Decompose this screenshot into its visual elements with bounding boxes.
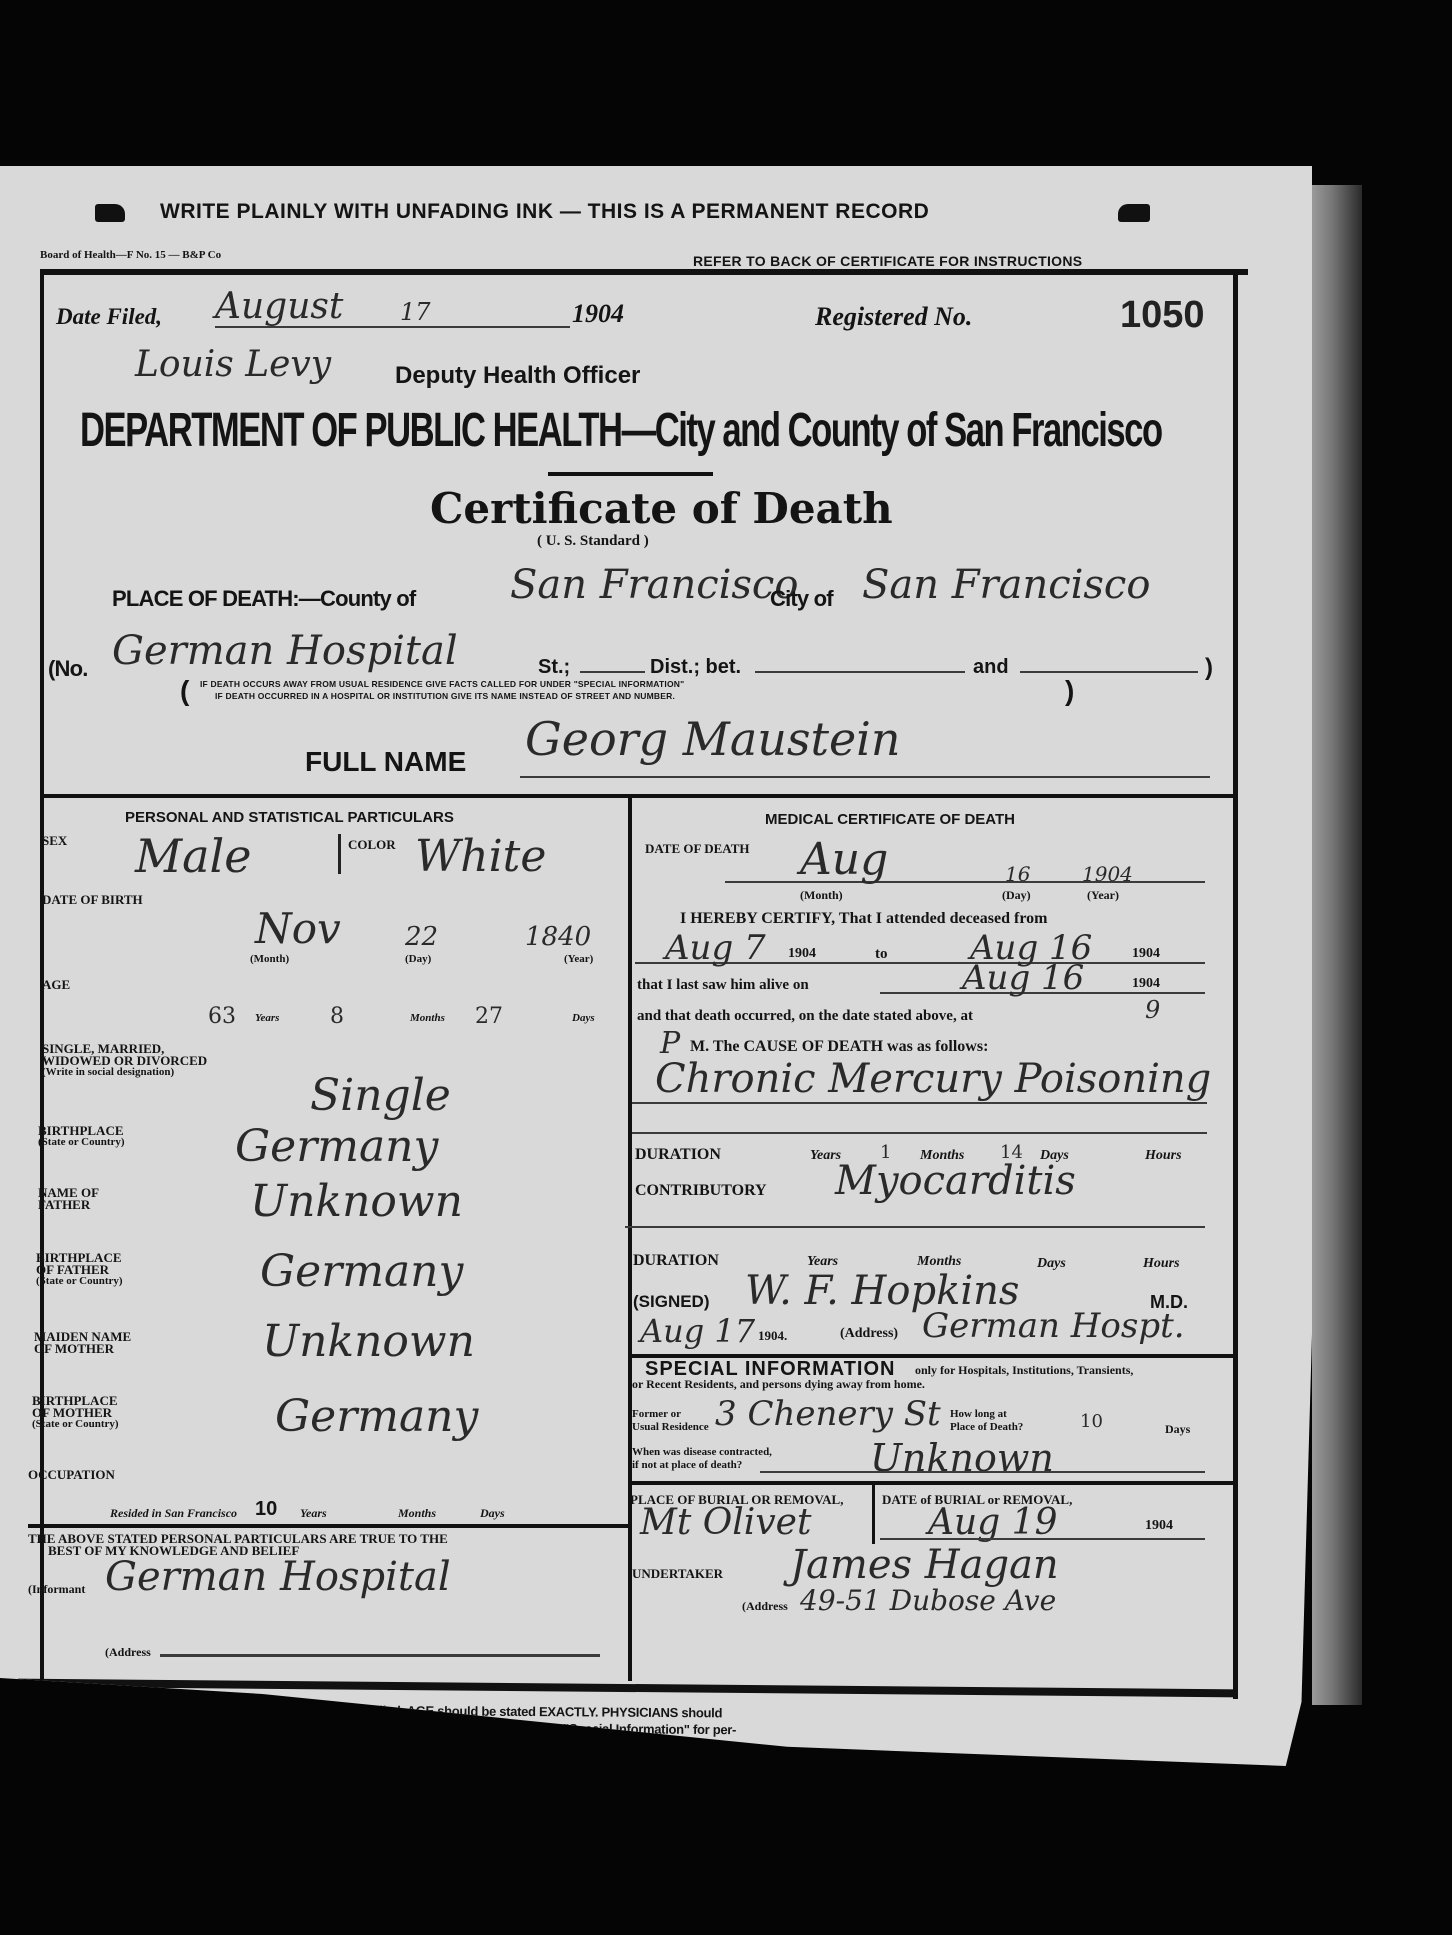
signed-label: (SIGNED): [633, 1292, 710, 1312]
full-name-value: Georg Maustein: [525, 712, 901, 766]
between-line: [755, 671, 965, 673]
burial-year: 1904: [1145, 1518, 1173, 1534]
duration2-days-label: Days: [1037, 1256, 1066, 1272]
father-birthplace-value: Germany: [260, 1246, 463, 1297]
occupation-label: OCCUPATION: [28, 1468, 115, 1481]
book-binding: [1312, 185, 1362, 1705]
street-line: [580, 671, 645, 673]
cause-line-2: [632, 1132, 1207, 1134]
resided-years-caption: Years: [300, 1506, 327, 1521]
mother-maiden-name-label-2: OF MOTHER: [34, 1342, 114, 1355]
duration2-hours-label: Hours: [1143, 1256, 1180, 1272]
duration2-label: DURATION: [633, 1252, 719, 1270]
write-plainly-notice: WRITE PLAINLY WITH UNFADING INK — THIS I…: [160, 200, 929, 224]
contracted-value: Unknown: [870, 1436, 1054, 1480]
to-label: to: [875, 946, 888, 963]
date-filed-day: 17: [400, 298, 431, 326]
form-number: Board of Health—F No. 15 — B&P Co: [40, 249, 221, 261]
father-name-value: Unknown: [250, 1176, 463, 1227]
registered-number: 1050: [1120, 294, 1205, 337]
paren-close-note: ): [1065, 675, 1074, 707]
date-filed-month: August: [215, 286, 343, 327]
undertaker-label: UNDERTAKER: [632, 1566, 723, 1582]
certificate-title: Certificate of Death: [430, 484, 893, 533]
street-label: St.;: [538, 656, 570, 679]
dod-line: [725, 881, 1205, 883]
certify-text: I HEREBY CERTIFY, That I attended deceas…: [680, 910, 1047, 928]
age-label: AGE: [42, 978, 70, 991]
resided-label: Resided in San Francisco: [110, 1506, 237, 1521]
county-value: San Francisco: [510, 562, 798, 608]
dod-year-caption: (Year): [1087, 889, 1119, 902]
dob-year: 1840: [525, 922, 591, 952]
dob-day: 22: [405, 922, 438, 952]
age-years: 63: [208, 1004, 236, 1029]
color-label: COLOR: [348, 838, 396, 851]
father-birthplace-label-3: (State or Country): [36, 1275, 123, 1288]
contracted-label-2: if not at place of death?: [632, 1459, 742, 1471]
mother-birthplace-value: Germany: [275, 1391, 478, 1442]
column-divider: [628, 796, 632, 1681]
death-certificate-page: WRITE PLAINLY WITH UNFADING INK — THIS I…: [0, 166, 1312, 1766]
medical-heading: MEDICAL CERTIFICATE OF DEATH: [765, 811, 1015, 828]
physician-address-label: (Address): [840, 1326, 898, 1342]
contributory-line: [625, 1226, 1205, 1228]
attest-divider: [28, 1524, 628, 1528]
date-filed-year: 1904: [572, 299, 624, 329]
personal-heading: PERSONAL AND STATISTICAL PARTICULARS: [125, 809, 454, 826]
dod-month-caption: (Month): [800, 889, 843, 902]
signed-year: 1904.: [758, 1328, 787, 1344]
dob-month: Nov: [255, 904, 341, 953]
sex-value: Male: [135, 829, 251, 883]
date-of-death-label: DATE OF DEATH: [645, 842, 750, 855]
special-info-note-2: or Recent Residents, and persons dying a…: [632, 1377, 925, 1392]
officer-title: Deputy Health Officer: [395, 362, 640, 390]
city-label: City of: [770, 586, 833, 612]
sex-label: SEX: [42, 834, 67, 847]
cause-line-1: [632, 1102, 1207, 1104]
title-divider: [548, 472, 713, 476]
us-standard-label: ( U. S. Standard ): [537, 533, 649, 550]
how-long-label-2: Place of Death?: [950, 1421, 1023, 1433]
institution-value: German Hospital: [112, 628, 458, 674]
day-caption: (Day): [405, 953, 431, 966]
resided-months-caption: Months: [398, 1506, 436, 1521]
pointing-hand-icon: [1118, 204, 1150, 222]
color-value: White: [415, 831, 546, 882]
age-months: 8: [330, 1004, 344, 1029]
contributory-value: Myocarditis: [835, 1158, 1076, 1204]
registered-no-label: Registered No.: [815, 302, 972, 332]
street-no-label: (No.: [48, 656, 88, 682]
residence-label-2: Usual Residence: [632, 1421, 709, 1433]
residence-label: Former or: [632, 1408, 681, 1420]
full-name-line: [520, 776, 1210, 778]
special-info-note: only for Hospitals, Institutions, Transi…: [915, 1363, 1133, 1378]
how-long-label: How long at: [950, 1408, 1007, 1420]
how-long-value: 10: [1080, 1411, 1103, 1432]
age-months-caption: Months: [410, 1012, 445, 1024]
officer-signature: Louis Levy: [135, 344, 331, 385]
mother-maiden-name-value: Unknown: [262, 1316, 475, 1367]
signed-date: Aug 17: [640, 1312, 755, 1350]
undertaker-address: 49-51 Dubose Ave: [800, 1584, 1056, 1617]
and-line: [1020, 671, 1198, 673]
date-filed-line: [215, 326, 570, 328]
physician-address: German Hospt.: [922, 1306, 1185, 1346]
father-name-label-2: FATHER: [38, 1198, 90, 1211]
undertaker-value: James Hagan: [790, 1542, 1059, 1588]
duration-hours-label: Hours: [1145, 1148, 1182, 1164]
cause-of-death-label: M. The CAUSE OF DEATH was as follows:: [690, 1038, 988, 1056]
duration-label: DURATION: [635, 1146, 721, 1164]
section-divider: [40, 794, 1235, 798]
place-note-line1: IF DEATH OCCURS AWAY FROM USUAL RESIDENC…: [200, 679, 684, 689]
death-occurred-text: and that death occurred, on the date sta…: [637, 1008, 973, 1025]
frame-bottom-border: [18, 1679, 1238, 1698]
birthplace-value: Germany: [235, 1121, 438, 1172]
place-note-line2: IF DEATH OCCURRED IN A HOSPITAL OR INSTI…: [215, 691, 675, 701]
contracted-line: [760, 1471, 1205, 1473]
dod-day-caption: (Day): [1002, 889, 1031, 902]
full-name-label: FULL NAME: [305, 746, 466, 778]
district-label: Dist.; bet.: [650, 656, 741, 679]
dod-day: 16: [1005, 862, 1030, 886]
footnote-line3: sons dying away from home should be give…: [106, 1736, 478, 1754]
attended-from-year: 1904: [788, 946, 816, 962]
sex-color-divider: [338, 834, 341, 874]
informant-value: German Hospital: [105, 1554, 451, 1600]
informant-address-line: [160, 1654, 600, 1657]
burial-date-line: [880, 1538, 1205, 1540]
year-caption: (Year): [564, 953, 593, 966]
date-filed-label: Date Filed,: [56, 304, 162, 330]
informant-address-label: (Address: [105, 1646, 151, 1659]
dob-label: DATE OF BIRTH: [42, 893, 143, 906]
resided-days-caption: Days: [480, 1506, 505, 1521]
contracted-label: When was disease contracted,: [632, 1446, 772, 1458]
burial-divider: [630, 1481, 1235, 1485]
and-label: and: [973, 656, 1009, 679]
paren-open-note: (: [180, 675, 189, 707]
residence-value: 3 Chenery St: [715, 1394, 941, 1434]
attended-from-date: Aug 7: [665, 928, 766, 968]
resided-years: 10: [255, 1498, 277, 1521]
department-title: DEPARTMENT OF PUBLIC HEALTH—City and Cou…: [80, 403, 1162, 458]
birthplace-label-2: (State or Country): [38, 1136, 125, 1149]
burial-date-value: Aug 19: [928, 1502, 1057, 1543]
how-long-days-label: Days: [1165, 1422, 1190, 1437]
age-days-caption: Days: [572, 1012, 595, 1024]
attended-to-year: 1904: [1132, 946, 1160, 962]
pointing-hand-icon: [95, 204, 125, 222]
frame-top-border: [40, 269, 1248, 275]
age-years-caption: Years: [255, 1012, 279, 1024]
dod-month: Aug: [800, 834, 888, 885]
dod-year: 1904: [1082, 862, 1133, 886]
contributory-label: CONTRIBUTORY: [635, 1182, 767, 1200]
last-saw-label: that I last saw him alive on: [637, 977, 809, 994]
undertaker-address-label: (Address: [742, 1599, 788, 1614]
mother-birthplace-label-3: (State or Country): [32, 1418, 119, 1431]
burial-place-value: Mt Olivet: [640, 1502, 811, 1543]
informant-label: (Informant: [28, 1583, 85, 1596]
marital-value: Single: [310, 1070, 451, 1121]
city-value: San Francisco: [862, 562, 1150, 608]
paren-close: ): [1205, 654, 1213, 682]
last-saw-year: 1904: [1132, 976, 1160, 992]
place-of-death-label: PLACE OF DEATH:—County of: [112, 586, 415, 612]
last-saw-date: Aug 16: [962, 958, 1084, 998]
refer-back-note: REFER TO BACK OF CERTIFICATE FOR INSTRUC…: [693, 253, 1082, 269]
age-days: 27: [475, 1004, 503, 1029]
month-caption: (Month): [250, 953, 289, 966]
cause-of-death-value: Chronic Mercury Poisoning: [655, 1056, 1211, 1102]
burial-column-divider: [872, 1484, 875, 1544]
marital-label-3: (Write in social designation): [42, 1066, 174, 1079]
footnote-line2: state CAUSE OF DEATH in plain terms, tha…: [106, 1718, 736, 1737]
footnote-line1: N. B.—Every item of information should b…: [40, 1701, 722, 1721]
death-hour: 9: [1145, 996, 1160, 1024]
